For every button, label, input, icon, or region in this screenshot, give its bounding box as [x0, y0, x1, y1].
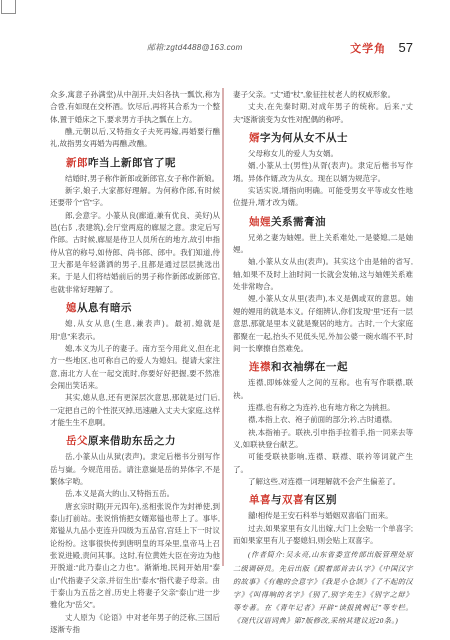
body-paragraph: 丈夫,在先秦时期,对成年男子的统称。后来,“丈夫”逐渐演变为女性对配偶的称呼。	[233, 101, 413, 126]
body-paragraph: 过去,如果家里有女儿出嫁,大门上会贴一个单喜字;而如果家里有儿子娶媳妇,则会贴上…	[233, 523, 413, 548]
author-bio: (作者简介:吴永亮,山东省委宣传部出版管理处原二级调研员。先后出版《跟着部首去认…	[233, 549, 413, 628]
column-divider	[222, 88, 224, 566]
body-paragraph: 郎,会意字。小篆从良(廊道,兼有优良、美好)从邑(右阝,表建筑),会厅堂两庭的廊…	[50, 210, 220, 296]
body-paragraph: 岳,小篆从山从狱(表声)。隶定后楷书分别写作岳与嶽。今规范用岳。请注意嶽是岳的异…	[50, 451, 220, 488]
body-paragraph: 了解这些,对连襟一词理解就不会产生偏差了。	[233, 476, 413, 488]
section-title: 文学角	[350, 43, 386, 55]
body-paragraph: 婿,小篆从士(男性)从胥(表声)。隶定后楷书写作壻。异体作婿,改为从女。现在以婿…	[233, 160, 413, 185]
body-paragraph: 妻子父亲。“丈”通“杖”,象征拄杖老人的权威形象。	[233, 89, 413, 101]
body-paragraph: 连襟,即姊妹爱人之间的互称。也有写作联襟,联袂。	[233, 377, 413, 402]
body-paragraph: 襟,本指上衣、袍子前面的部分;衿,古时通襟。	[233, 414, 413, 426]
body-paragraph: 岳,本义是高大的山,又特指五岳。	[50, 488, 220, 500]
section-heading: 岳父原来借助东岳之力	[66, 433, 220, 448]
right-column: 妻子父亲。“丈”通“杖”,象征拄杖老人的权威形象。丈夫,在先秦时期,对成年男子的…	[233, 89, 413, 629]
heading-keyword: 新郎	[66, 157, 88, 169]
body-paragraph: 实话实说,壻指向明确。可能受男女平等或女性地位提升,壻才改为婿。	[233, 185, 413, 210]
header-right: 文学角 57	[350, 39, 413, 57]
body-paragraph: 囍!相传是王安石科举与婚姻双喜临门而来。	[233, 510, 413, 522]
heading-keyword: 双喜	[282, 494, 304, 506]
header-email: 邮箱:zgtd4488@163.com	[147, 42, 243, 53]
body-paragraph: 可能受联袂影响,连襟、联襟、联衿等词就产生了。	[233, 451, 413, 476]
heading-keyword: 单喜	[249, 494, 271, 506]
body-paragraph: 醮,元朝以后,又特指女子夫死再嫁,再婚要行醮礼,故指男女再婚为再醮,改醮。	[50, 126, 220, 151]
left-column: 众多,寓意子孙满堂)从中剖开,夫妇各执一瓢饮,称为合卺,有如现在交杯酒。饮尽后,…	[50, 89, 220, 636]
section-heading: 媳从息有暗示	[66, 300, 220, 315]
heading-text: 有区别	[304, 494, 337, 506]
heading-keyword: 婿	[249, 132, 260, 144]
body-paragraph: 其实,媳从息,还有更深层次意思,那就是过门后,一定把自己的个性泯灭掉,迅速融入丈…	[50, 392, 220, 429]
body-paragraph: 娌,小篆从女从里(表声),本义是偶或双的意思。妯娌的娌用的就是本义。仔细辨认,你…	[233, 293, 413, 355]
heading-text: 与	[271, 494, 282, 506]
body-paragraph: 袂,本指袖子。联袂,引申指手拉着手,指一同来去等义,如联袂登台献艺。	[233, 427, 413, 452]
body-paragraph: 连襟,也有称之为连衿,也有地方称之为挑担。	[233, 402, 413, 414]
heading-keyword: 妯娌	[249, 216, 271, 228]
body-paragraph: 兄弟之妻为妯娌。世上关系难处,一是婆媳,二是妯娌。	[233, 232, 413, 257]
print-corner-mark	[1, 0, 16, 14]
heading-text: 和衣袖绑在一起	[271, 361, 348, 373]
page-number: 57	[399, 40, 413, 55]
section-heading: 婿字为何从女不从士	[249, 130, 413, 145]
heading-text: 咋当上新郎官了呢	[88, 157, 176, 169]
heading-text: 从息有暗示	[77, 302, 132, 314]
section-heading: 新郎咋当上新郎官了呢	[66, 155, 220, 170]
heading-text: 关系需膏油	[271, 216, 326, 228]
section-heading: 妯娌关系需膏油	[249, 214, 413, 229]
body-paragraph: 父母称女儿的爱人为女婿。	[233, 148, 413, 160]
body-paragraph: 结婚时,男子称作新郎或新郎官,女子称作新娘。	[50, 173, 220, 185]
heading-text: 字为何从女不从士	[260, 132, 348, 144]
body-paragraph: 妯,小篆从女从由(表声)。其实这个由是轴的省写,轴,如果不及时上油时间一长就会发…	[233, 256, 413, 293]
section-heading: 单喜与双喜有区别	[249, 492, 413, 507]
body-paragraph: 丈人原为《论语》中对老年男子的泛称,三国后逐渐专指	[50, 612, 220, 637]
heading-text: 原来借助东岳之力	[88, 435, 176, 447]
magazine-page: 邮箱:zgtd4488@163.com 文学角 57 众多,寓意子孙满堂)从中剖…	[0, 0, 450, 640]
body-paragraph: 众多,寓意子孙满堂)从中剖开,夫妇各执一瓢饮,称为合卺,有如现在交杯酒。饮尽后,…	[50, 89, 220, 126]
body-paragraph: 新字,娘子,大家都好理解。为何称作郎,有时候还要带个“官”字。	[50, 185, 220, 210]
body-paragraph: 唐玄宗时期(开元四年),丞相张说作为封禅使,到泰山打前站。张说悄悄把女婿郑镒也带…	[50, 501, 220, 612]
heading-keyword: 媳	[66, 302, 77, 314]
body-paragraph: 媳,本义为儿子的妻子。南方至今用此义,但在北方一些地区,也可称自己的爱人为媳妇。…	[50, 343, 220, 392]
section-heading: 连襟和衣袖绑在一起	[249, 359, 413, 374]
heading-keyword: 连襟	[249, 361, 271, 373]
heading-keyword: 岳父	[66, 435, 88, 447]
body-paragraph: 媳,从女从息(生息,兼表声)。最初,媳就是用“息”来表示。	[50, 318, 220, 343]
